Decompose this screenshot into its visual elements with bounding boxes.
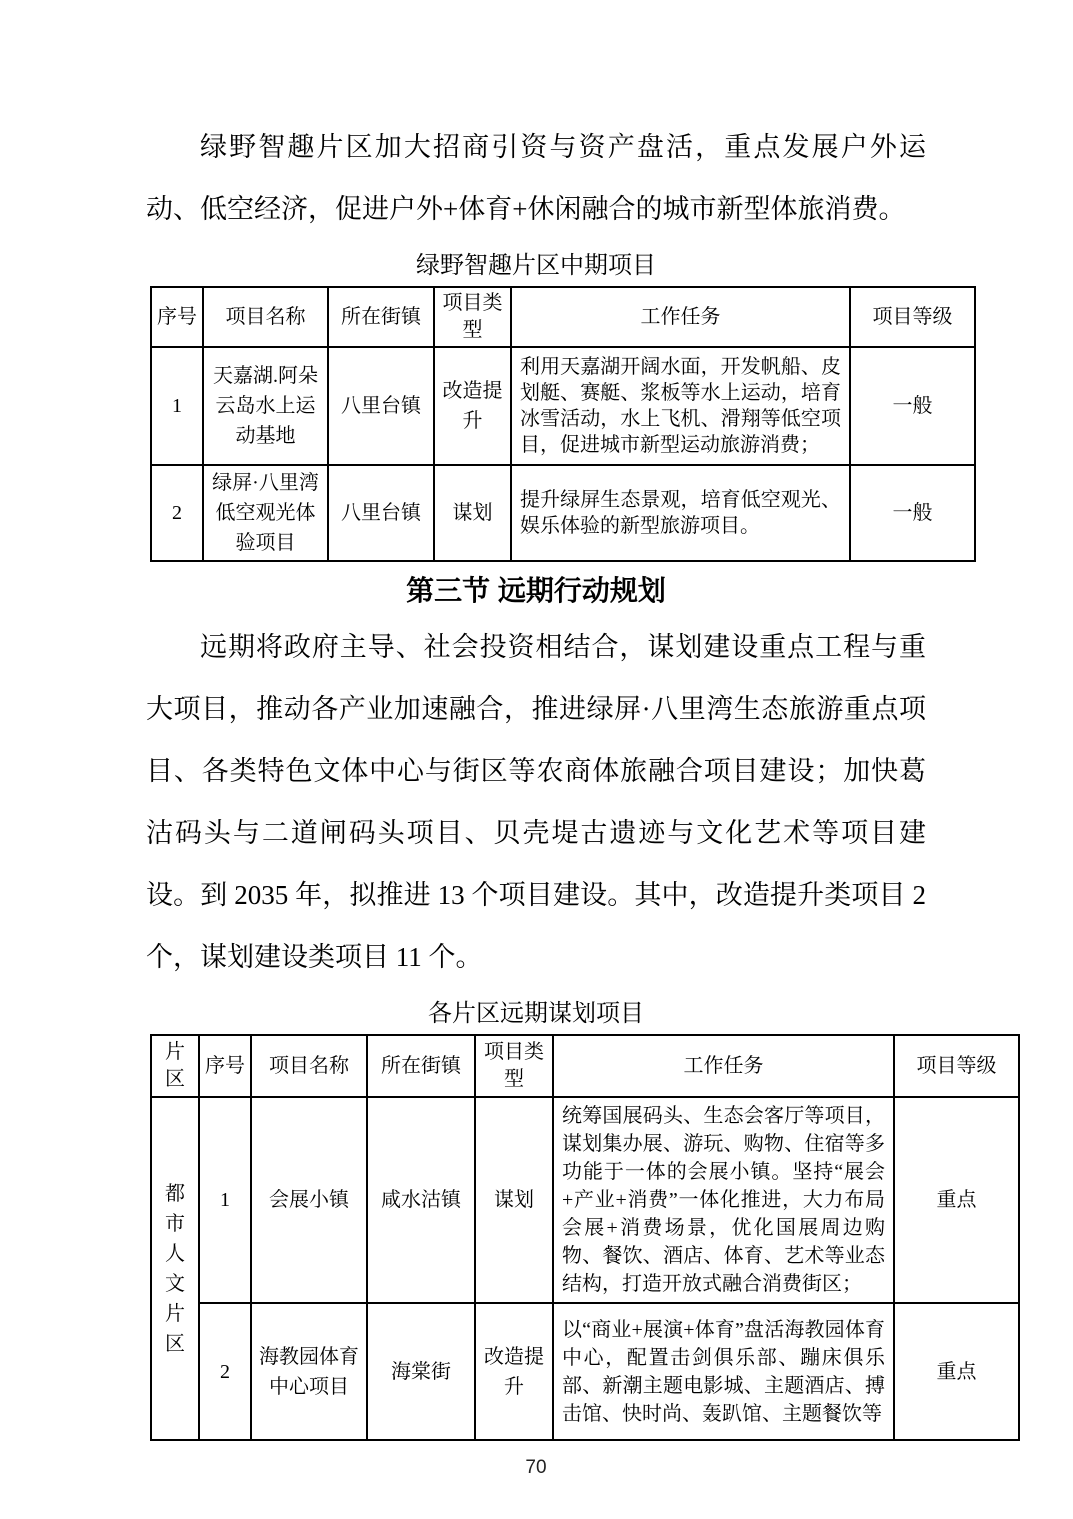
header-cell-project-name: 项目名称 [203, 287, 328, 347]
long-term-projects-table: 片区 序号 项目名称 所在街镇 项目类型 工作任务 项目等级 都市人文片区 1 … [150, 1034, 1020, 1441]
cell-work-task: 利用天嘉湖开阔水面，开发帆船、皮划艇、赛艇、浆板等水上运动，培育冰雪活动，水上飞… [511, 347, 850, 465]
page-content: 绿野智趣片区加大招商引资与资产盘活，重点发展户外运动、低空经济，促进户外+体育+… [146, 0, 948, 1479]
header-cell-work-task: 工作任务 [553, 1035, 894, 1097]
cell-project-type: 改造提升 [434, 347, 511, 465]
cell-district-merged: 都市人文片区 [151, 1097, 199, 1440]
cell-town: 八里台镇 [328, 347, 434, 465]
cell-seq: 2 [199, 1303, 251, 1440]
header-cell-project-type: 项目类型 [434, 287, 511, 347]
table-header-row: 片区 序号 项目名称 所在街镇 项目类型 工作任务 项目等级 [151, 1035, 1019, 1097]
cell-work-task: 提升绿屏生态景观，培育低空观光、娱乐体验的新型旅游项目。 [511, 465, 850, 561]
page-number: 70 [146, 1457, 926, 1479]
cell-project-grade: 一般 [850, 465, 975, 561]
cell-project-type: 谋划 [434, 465, 511, 561]
cell-work-task: 以“商业+展演+体育”盘活海教园体育中心，配置击剑俱乐部、蹦床俱乐部、新潮主题电… [553, 1303, 894, 1440]
cell-project-name: 绿屏·八里湾低空观光体验项目 [203, 465, 328, 561]
cell-town: 海棠街 [367, 1303, 475, 1440]
header-cell-town: 所在街镇 [328, 287, 434, 347]
header-cell-town: 所在街镇 [367, 1035, 475, 1097]
table-header-row: 序号 项目名称 所在街镇 项目类型 工作任务 项目等级 [151, 287, 975, 347]
header-cell-district: 片区 [151, 1035, 199, 1097]
body-paragraph: 远期将政府主导、社会投资相结合，谋划建设重点工程与重大项目，推动各产业加速融合，… [146, 616, 926, 988]
cell-project-grade: 重点 [894, 1097, 1019, 1303]
header-cell-work-task: 工作任务 [511, 287, 850, 347]
table-row: 2 海教园体育中心项目 海棠街 改造提升 以“商业+展演+体育”盘活海教园体育中… [151, 1303, 1019, 1440]
header-cell-seq: 序号 [199, 1035, 251, 1097]
cell-project-type: 改造提升 [475, 1303, 553, 1440]
section-heading: 第三节 远期行动规划 [146, 570, 926, 612]
mid-term-projects-table: 序号 项目名称 所在街镇 项目类型 工作任务 项目等级 1 天嘉湖.阿朵云岛水上… [150, 286, 976, 562]
header-cell-project-grade: 项目等级 [850, 287, 975, 347]
header-cell-project-type: 项目类型 [475, 1035, 553, 1097]
cell-town: 八里台镇 [328, 465, 434, 561]
table-row: 2 绿屏·八里湾低空观光体验项目 八里台镇 谋划 提升绿屏生态景观，培育低空观光… [151, 465, 975, 561]
cell-project-name: 海教园体育中心项目 [251, 1303, 367, 1440]
document-page: 绿野智趣片区加大招商引资与资产盘活，重点发展户外运动、低空经济，促进户外+体育+… [0, 0, 1073, 1519]
intro-paragraph: 绿野智趣片区加大招商引资与资产盘活，重点发展户外运动、低空经济，促进户外+体育+… [146, 0, 926, 240]
cell-project-name: 天嘉湖.阿朵云岛水上运动基地 [203, 347, 328, 465]
cell-seq: 2 [151, 465, 203, 561]
cell-project-type: 谋划 [475, 1097, 553, 1303]
cell-seq: 1 [199, 1097, 251, 1303]
cell-project-name: 会展小镇 [251, 1097, 367, 1303]
cell-seq: 1 [151, 347, 203, 465]
header-cell-seq: 序号 [151, 287, 203, 347]
header-cell-project-name: 项目名称 [251, 1035, 367, 1097]
mid-term-table-caption: 绿野智趣片区中期项目 [146, 248, 926, 284]
long-term-table-caption: 各片区远期谋划项目 [146, 996, 926, 1032]
table-row: 1 天嘉湖.阿朵云岛水上运动基地 八里台镇 改造提升 利用天嘉湖开阔水面，开发帆… [151, 347, 975, 465]
cell-project-grade: 重点 [894, 1303, 1019, 1440]
header-cell-project-grade: 项目等级 [894, 1035, 1019, 1097]
district-vertical-label: 都市人文片区 [164, 1179, 186, 1359]
cell-work-task: 统筹国展码头、生态会客厅等项目，谋划集办展、游玩、购物、住宿等多功能于一体的会展… [553, 1097, 894, 1303]
table-row: 都市人文片区 1 会展小镇 咸水沽镇 谋划 统筹国展码头、生态会客厅等项目，谋划… [151, 1097, 1019, 1303]
cell-project-grade: 一般 [850, 347, 975, 465]
cell-town: 咸水沽镇 [367, 1097, 475, 1303]
